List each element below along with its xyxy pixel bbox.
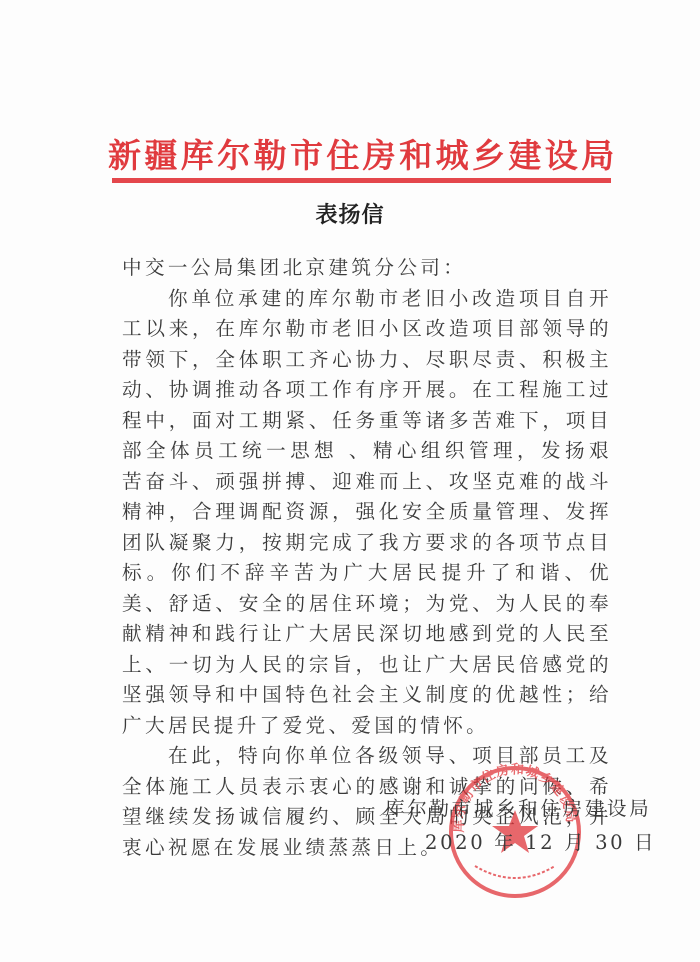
salutation: 中交一公局集团北京建筑分公司： [122, 253, 612, 284]
signature-block: 库尔勒市城乡和住房建设局 2020 年 12 月 30 日 [385, 792, 615, 860]
document-title: 表扬信 [0, 198, 700, 229]
letterhead-red-rule [112, 178, 611, 183]
signature-date: 2020 年 12 月 30 日 [385, 826, 615, 860]
letter-body: 中交一公局集团北京建筑分公司： 你单位承建的库尔勒市老旧小改造项目自开工以来，在… [122, 253, 612, 863]
document-page: 新疆库尔勒市住房和城乡建设局 表扬信 中交一公局集团北京建筑分公司： 你单位承建… [0, 0, 700, 962]
paragraph-1: 你单位承建的库尔勒市老旧小改造项目自开工以来，在库尔勒市老旧小区改造项目部领导的… [122, 284, 612, 742]
signature-organization: 库尔勒市城乡和住房建设局 [385, 792, 615, 826]
letterhead-title: 新疆库尔勒市住房和城乡建设局 [108, 130, 612, 177]
